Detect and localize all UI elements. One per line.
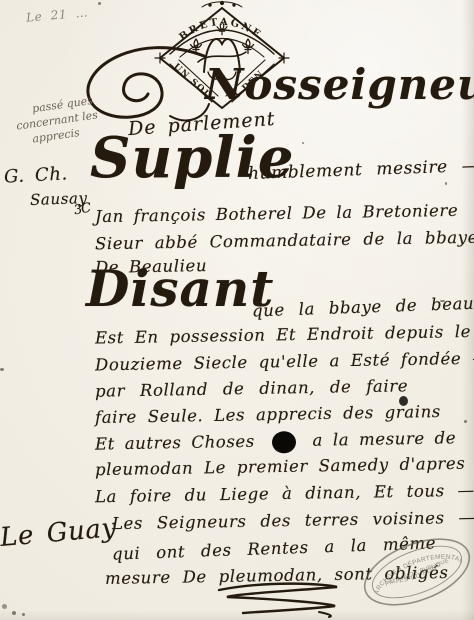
body-line-4: faire Seule. Les apprecis des grains (95, 402, 441, 427)
body-line-2: Douzieme Siecle qu'elle a Esté fondée — (95, 349, 474, 375)
paper-speck (440, 300, 445, 302)
body-line-5-before: Et autres Choses (95, 432, 255, 454)
paper-speck (0, 368, 4, 371)
body-line-5-after: a la mesure de (312, 428, 456, 450)
corner-date-note: Le 21 … (26, 5, 89, 24)
body-line-7: La foire du Liege à dinan, Et tous — (95, 481, 474, 507)
stamp-top-dot (209, 4, 211, 6)
archive-stamp: ARCHIVES DÉPARTEMENTALES PROPRIÉTÉ PUBLI… (358, 526, 474, 618)
body-line-3: par Rolland de dinan, de faire (95, 376, 408, 400)
paper-speck (98, 2, 101, 5)
disant-rest: que la bbaye de beaulieu (252, 293, 474, 321)
stamp-top-dot (220, 1, 223, 4)
body-line-5: Et autres Choses a la mesure de (95, 427, 474, 456)
left-margin-signature: Le Guay (0, 513, 118, 553)
disant-word: Disant (86, 264, 274, 314)
addressee-line: Sieur abbé Commandataire de la bbaye (95, 228, 474, 254)
addressee-line: Jan françois Botherel De la Bretoniere (95, 201, 459, 226)
page-edge-shading (462, 0, 474, 620)
margin-note: passé ques concernant les apprecis (13, 93, 101, 149)
ink-blot (399, 396, 408, 406)
body-line-6: pleumodan Le premier Samedy d'apres (95, 454, 466, 479)
flourish-spiral (88, 48, 204, 118)
page-bottom-shading (0, 610, 474, 620)
paper-speck (445, 182, 447, 185)
heading-invocation: Nosseigneurs (205, 64, 474, 106)
paraph-zigzag (219, 584, 337, 613)
manuscript-page: Le 21 … B (0, 0, 474, 620)
clerk-initials: G. Ch. (3, 163, 68, 187)
stamp-top-dot (233, 4, 235, 6)
paper-speck (302, 142, 304, 144)
paper-speck (2, 604, 7, 609)
renvoi-mark: 3C (73, 201, 92, 219)
body-line-1: Est En possession Et Endroit depuis le — (95, 321, 474, 347)
fleur-de-lis-icon (243, 39, 254, 54)
ink-blot (272, 431, 296, 453)
